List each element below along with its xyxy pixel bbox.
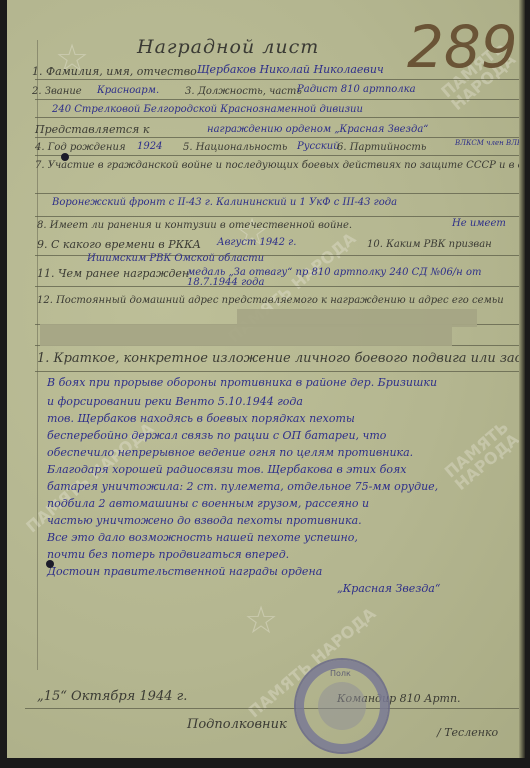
section-heading: 1. Краткое, конкретное изложение личного…	[37, 352, 525, 365]
signature-rank: Подполковник	[187, 718, 287, 731]
date: „15“ Октября 1944 г.	[37, 690, 187, 703]
field-label: 6. Партийность	[337, 143, 426, 153]
narrative-line: В боях при прорыве обороны противника в …	[47, 377, 437, 388]
document-title: Наградной лист	[137, 38, 319, 57]
field-value: Не имеет	[452, 219, 506, 229]
field-label: 12. Постоянный домашний адрес представля…	[37, 296, 507, 306]
watermark-star-icon: ☆	[244, 598, 278, 642]
field-value: Ишимским РВК Омской области	[87, 254, 264, 264]
field-label: 5. Национальность	[183, 143, 287, 153]
field-label: 2. Звание	[32, 87, 82, 97]
field-value: ВЛКСМ член ВЛКСМ с 1944 г.	[455, 140, 525, 147]
narrative-line: тов. Щербаков находясь в боевых порядках…	[47, 413, 355, 424]
field-value: медаль „За отвагу“ пр 810 артполку 240 С…	[187, 268, 517, 288]
narrative-line: Достоин правительственной награды ордена	[47, 566, 322, 577]
field-value: Август 1942 г.	[217, 238, 296, 248]
signer-name: / Тесленко	[437, 727, 498, 738]
field-value: Радист 810 артполка	[297, 85, 416, 95]
field-label: 8. Имеет ли ранения и контузии в отечест…	[37, 221, 352, 231]
archive-number: 289	[407, 18, 518, 76]
narrative-line: Благодаря хорошей радиосвязи тов. Щербак…	[47, 464, 406, 475]
narrative-line: Все это дало возможность нашей пехоте ус…	[47, 532, 358, 543]
redacted-address	[40, 324, 452, 346]
watermark: ПАМЯТЬ НАРОДА	[439, 416, 525, 496]
field-value: награждению орденом „Красная Звезда“	[207, 125, 428, 135]
narrative-line: обеспечило непрерывное ведение огня по ц…	[47, 447, 413, 458]
field-value: 240 Стрелковой Белгородской Краснознамен…	[52, 105, 363, 115]
field-label: 3. Должность, часть	[185, 87, 302, 97]
field-label: 7. Участие в гражданской войне и последу…	[35, 161, 525, 171]
narrative-line: подбила 2 автомашины с военным грузом, р…	[47, 498, 369, 509]
field-label: 11. Чем ранее награжден	[37, 268, 189, 279]
field-value: Щербаков Николай Николаевич	[197, 64, 384, 75]
ink-blot	[46, 560, 54, 568]
award-sheet: ☆ ПАМЯТЬ НАРОДА ☆ ПАМЯТЬ НАРОДА ПАМЯТЬ Н…	[7, 0, 525, 758]
field-value: Воронежский фронт с II-43 г. Калининский…	[52, 198, 492, 208]
narrative-line: „Красная Звезда“	[337, 583, 440, 594]
regiment-stamp: Полк	[294, 658, 390, 754]
narrative-line: бесперебойно держал связь по рации с ОП …	[47, 430, 386, 441]
field-value: Русский	[297, 142, 340, 152]
field-value: Красноарм.	[97, 86, 159, 96]
field-value: 1924	[137, 142, 162, 152]
field-label: 9. С какого времени в РККА	[37, 239, 201, 250]
field-label: Представляется к	[35, 124, 149, 135]
stamp-text: Полк	[330, 669, 351, 678]
emblem-icon	[318, 682, 366, 730]
narrative-line: частью уничтожено до взвода пехоты проти…	[47, 515, 362, 526]
narrative-line: почти без потерь продвигаться вперед.	[47, 549, 289, 560]
ink-blot	[61, 153, 69, 161]
paper-edge	[519, 0, 525, 758]
field-label: 1. Фамилия, имя, отчество	[32, 66, 197, 77]
field-label: 4. Год рождения	[35, 143, 126, 153]
narrative-line: батарея уничтожила: 2 ст. пулемета, отде…	[47, 481, 438, 492]
narrative-line: и форсировании реки Венто 5.10.1944 года	[47, 396, 303, 407]
field-label: 10. Каким РВК призван	[367, 240, 492, 250]
